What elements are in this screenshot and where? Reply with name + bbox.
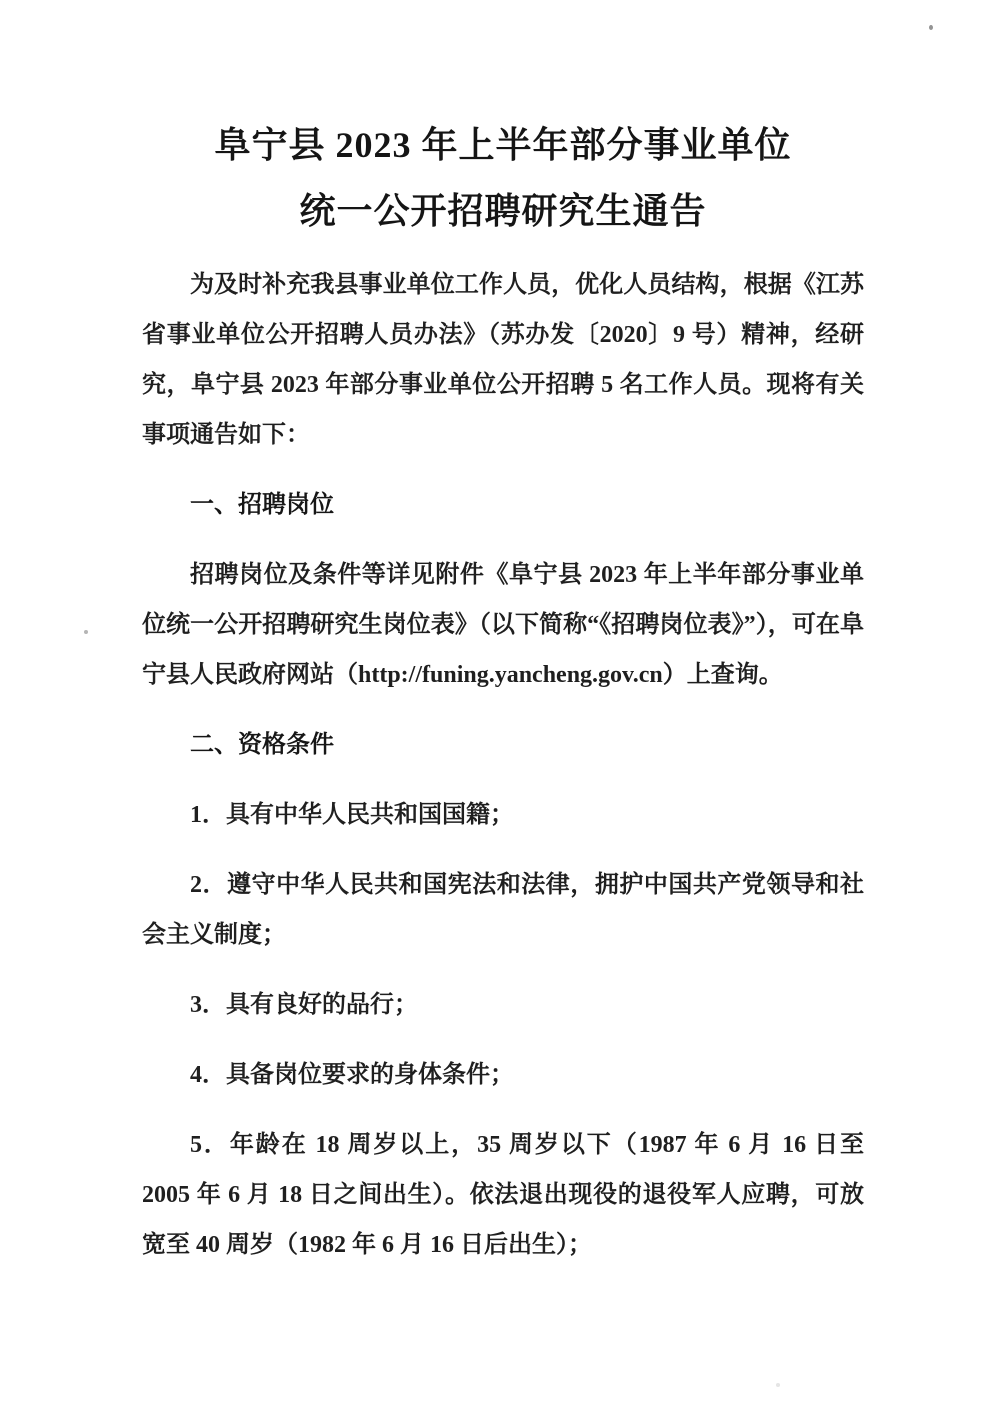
document-title-line-1: 阜宁县 2023 年上半年部分事业单位 [142, 112, 864, 178]
document-title-line-2: 统一公开招聘研究生通告 [142, 178, 864, 244]
intro-paragraph: 为及时补充我县事业单位工作人员，优化人员结构，根据《江苏省事业单位公开招聘人员办… [142, 260, 864, 460]
qualification-item-4: 4．具备岗位要求的身体条件； [142, 1050, 864, 1100]
document-content: 阜宁县 2023 年上半年部分事业单位 统一公开招聘研究生通告 为及时补充我县事… [142, 0, 864, 1290]
document-title: 阜宁县 2023 年上半年部分事业单位 统一公开招聘研究生通告 [142, 112, 864, 244]
qualification-item-3: 3．具有良好的品行； [142, 980, 864, 1030]
section-heading-recruitment-positions: 一、招聘岗位 [142, 480, 864, 530]
qualification-item-2: 2．遵守中华人民共和国宪法和法律，拥护中国共产党领导和社会主义制度； [142, 860, 864, 960]
document-body: 为及时补充我县事业单位工作人员，优化人员结构，根据《江苏省事业单位公开招聘人员办… [142, 260, 864, 1270]
scan-artifact-dot [84, 630, 88, 634]
recruitment-positions-paragraph: 招聘岗位及条件等详见附件《阜宁县 2023 年上半年部分事业单位统一公开招聘研究… [142, 550, 864, 700]
scan-artifact-dot [929, 25, 933, 30]
scanned-document-page: 阜宁县 2023 年上半年部分事业单位 统一公开招聘研究生通告 为及时补充我县事… [0, 0, 1000, 1414]
scan-artifact-dot [776, 1383, 780, 1387]
section-heading-qualification-requirements: 二、资格条件 [142, 720, 864, 770]
qualification-item-1: 1．具有中华人民共和国国籍； [142, 790, 864, 840]
qualification-item-5: 5．年龄在 18 周岁以上，35 周岁以下（1987 年 6 月 16 日至 2… [142, 1120, 864, 1270]
